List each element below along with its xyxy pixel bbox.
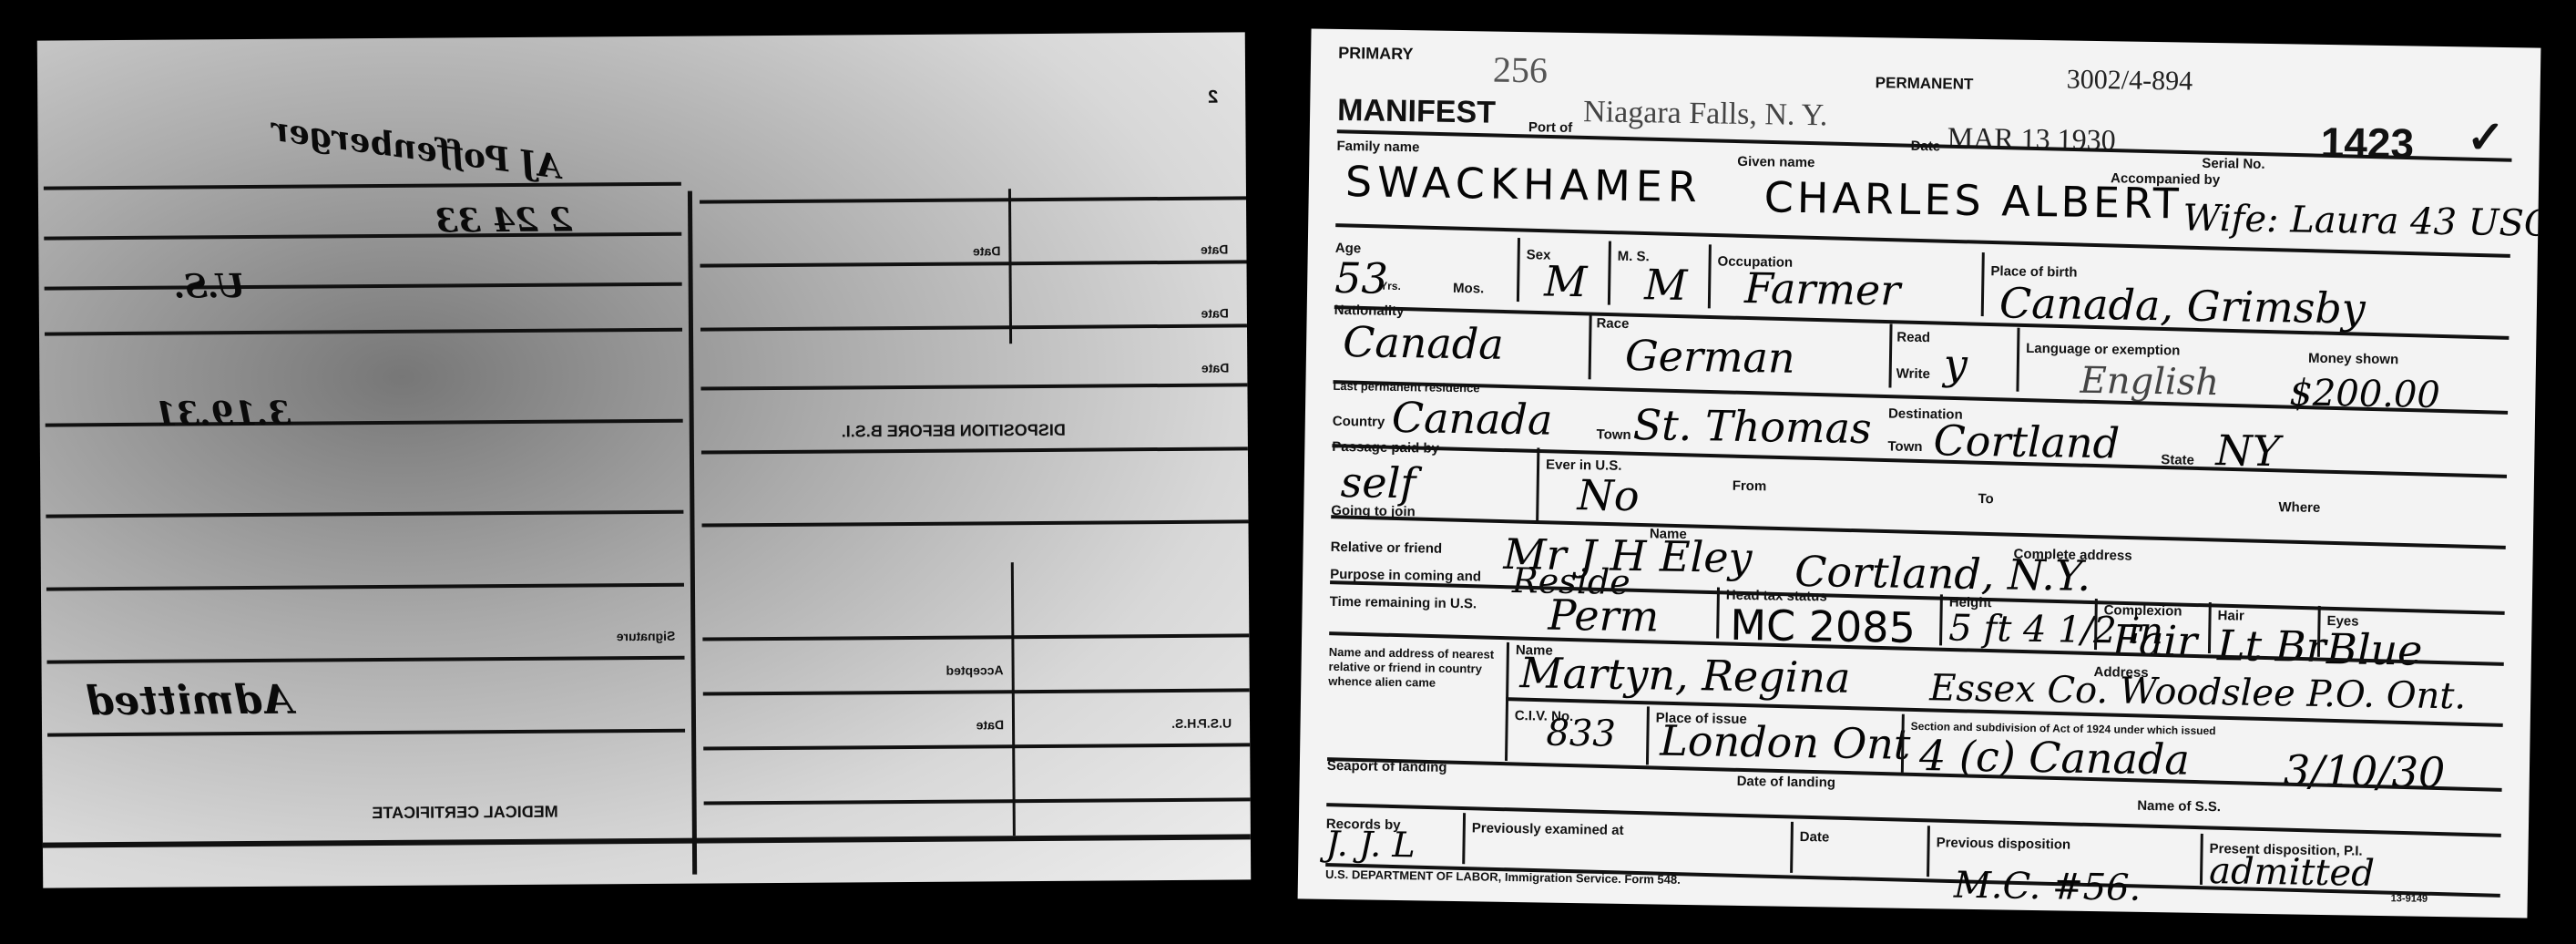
handwritten-note: U.S. bbox=[174, 267, 245, 306]
complexion: Fair bbox=[2112, 615, 2198, 665]
rule bbox=[700, 260, 1246, 267]
permanent-number: 3002/4-894 bbox=[2067, 64, 2193, 97]
rule bbox=[703, 743, 1250, 750]
divider bbox=[1008, 189, 1012, 344]
handwritten-note: 3.19.31 bbox=[154, 395, 291, 434]
town: St. Thomas bbox=[1632, 400, 1872, 453]
divider bbox=[1517, 238, 1520, 302]
nationality: Canada bbox=[1343, 317, 1504, 369]
permanent-label: PERMANENT bbox=[1876, 74, 1974, 94]
from-label: From bbox=[1733, 478, 1767, 495]
port: Niagara Falls, N. Y. bbox=[1583, 95, 1828, 133]
where-label: Where bbox=[2278, 499, 2320, 516]
manifest-title: MANIFEST bbox=[1337, 93, 1496, 131]
town-label: Town bbox=[1596, 426, 1630, 443]
seaport-label: Seaport of landing bbox=[1327, 758, 1447, 775]
ever-in-us: No bbox=[1577, 470, 1640, 520]
family-name: SWACKHAMER bbox=[1345, 157, 1703, 211]
date-landing-label: Date of landing bbox=[1737, 774, 1836, 791]
header-number: 2 bbox=[1208, 87, 1218, 108]
divider bbox=[1011, 562, 1016, 836]
language: English bbox=[2080, 360, 2219, 404]
passage: self bbox=[1340, 457, 1416, 508]
country: Canada bbox=[1391, 393, 1552, 445]
field-label: Date bbox=[976, 717, 1004, 732]
rule bbox=[45, 328, 682, 336]
given-name: CHARLES ALBERT bbox=[1763, 172, 2182, 228]
mirrored-content: 2 DISPOSITION BEFORE B.S.I. MEDICAL CERT… bbox=[37, 32, 1251, 888]
rule bbox=[700, 323, 1247, 331]
serial-label: Serial No. bbox=[2202, 156, 2264, 172]
handwritten-signature: AJ Poffenberger bbox=[270, 110, 564, 187]
age-years: 53 bbox=[1334, 253, 1388, 303]
card-front-side: PRIMARY 256 PERMANENT 3002/4-894 1423 ✓ … bbox=[1298, 28, 2541, 918]
landing-date: 3/10/30 bbox=[2284, 745, 2446, 797]
rule bbox=[702, 633, 1249, 641]
ss-label: Name of S.S. bbox=[2137, 798, 2221, 815]
eyes: Blue bbox=[2326, 624, 2423, 675]
relative-address: Cortland, N.Y. bbox=[1794, 547, 2091, 600]
rule bbox=[700, 383, 1247, 390]
prev-exam-label: Previously examined at bbox=[1472, 820, 1624, 838]
marital: M bbox=[1644, 260, 1688, 310]
divider bbox=[1608, 241, 1611, 305]
mc-note: M.C. #56. bbox=[1954, 865, 2142, 909]
footer-code: 13-9149 bbox=[2391, 893, 2428, 905]
handwritten-signature: Admitted bbox=[86, 677, 293, 725]
form-type: PRIMARY bbox=[1338, 44, 1414, 64]
rule bbox=[701, 446, 1248, 454]
rule bbox=[43, 834, 1251, 847]
race: German bbox=[1625, 331, 1795, 383]
sex: M bbox=[1544, 257, 1588, 307]
passage-label: Passage paid by bbox=[1332, 439, 1439, 457]
rule bbox=[704, 797, 1251, 805]
checkmark-icon: ✓ bbox=[2466, 110, 2505, 164]
divider bbox=[1536, 447, 1539, 520]
divider bbox=[1462, 813, 1466, 864]
rule bbox=[46, 583, 684, 591]
field-label: Date bbox=[1201, 361, 1229, 375]
rule bbox=[44, 182, 681, 190]
rule bbox=[701, 519, 1248, 527]
rule bbox=[46, 419, 683, 427]
prev-disposition-label: Previous disposition bbox=[1937, 835, 2071, 852]
divider bbox=[2208, 602, 2212, 653]
rule bbox=[47, 729, 685, 737]
divider bbox=[1888, 323, 1892, 387]
write-label: Write bbox=[1896, 366, 1930, 383]
field-label: U.S.P.H.S. bbox=[1171, 716, 1232, 731]
language-label: Language or exemption bbox=[2026, 341, 2180, 359]
money-label: Money shown bbox=[2308, 351, 2398, 368]
prev-date-label: Date bbox=[1800, 829, 1830, 846]
dest-town-label: Town bbox=[1887, 438, 1922, 455]
field-label: Signature bbox=[617, 629, 676, 643]
given-name-label: Given name bbox=[1737, 154, 1814, 170]
civ: 833 bbox=[1546, 713, 1616, 755]
field-label: Date bbox=[1201, 242, 1228, 257]
card-number: 256 bbox=[1493, 48, 1549, 92]
nearest-relative-label: Name and address of nearest relative or … bbox=[1328, 645, 1502, 692]
card-back-side: 2 DISPOSITION BEFORE B.S.I. MEDICAL CERT… bbox=[37, 32, 1251, 888]
rule bbox=[44, 232, 681, 241]
divider bbox=[1505, 642, 1509, 761]
footer-title: MEDICAL CERTIFICATE bbox=[372, 803, 557, 823]
country-label: Country bbox=[1333, 414, 1385, 430]
relative-label: Relative or friend bbox=[1331, 539, 1443, 557]
serial-number: 1423 bbox=[2320, 118, 2414, 169]
divider bbox=[2200, 834, 2203, 885]
rule bbox=[47, 656, 685, 664]
records: J. J. L bbox=[1325, 824, 1416, 866]
rule bbox=[703, 688, 1250, 695]
read-label: Read bbox=[1896, 330, 1930, 346]
divider bbox=[1716, 588, 1720, 639]
rule bbox=[46, 510, 683, 518]
divider bbox=[1981, 252, 1985, 316]
rule bbox=[45, 282, 682, 291]
divider bbox=[2016, 328, 2019, 392]
yrs-label: Yrs. bbox=[1380, 280, 1401, 292]
divider bbox=[1939, 594, 1943, 645]
port-label: Port of bbox=[1528, 119, 1573, 136]
divider bbox=[1708, 244, 1712, 308]
field-label: Accepted bbox=[946, 662, 1004, 677]
field-label: Date bbox=[973, 243, 1000, 258]
race-label: Race bbox=[1596, 315, 1629, 332]
time-remaining: Perm bbox=[1548, 590, 1660, 641]
place-issue: London Ont bbox=[1660, 716, 1911, 769]
hair: Lt Br bbox=[2217, 621, 2326, 672]
divider bbox=[1646, 706, 1650, 764]
to-label: To bbox=[1978, 491, 1993, 507]
read-write: y bbox=[1943, 339, 1968, 388]
field-label: Date bbox=[1201, 306, 1228, 321]
divider bbox=[688, 191, 697, 875]
accompanied: Wife: Laura 43 USC bbox=[2182, 198, 2540, 245]
mos-label: Mos. bbox=[1453, 281, 1484, 297]
divider bbox=[1927, 826, 1930, 877]
rule bbox=[700, 196, 1246, 203]
family-name-label: Family name bbox=[1336, 139, 1419, 155]
divider bbox=[1589, 315, 1592, 379]
occupation: Farmer bbox=[1744, 263, 1901, 315]
nearest-name: Martyn, Regina bbox=[1519, 648, 1851, 703]
divider bbox=[1790, 822, 1794, 873]
time-remaining-label: Time remaining in U.S. bbox=[1330, 594, 1477, 612]
handwritten-note: 2 24 33 bbox=[435, 201, 573, 241]
section-title: DISPOSITION BEFORE B.S.I. bbox=[842, 421, 1066, 442]
